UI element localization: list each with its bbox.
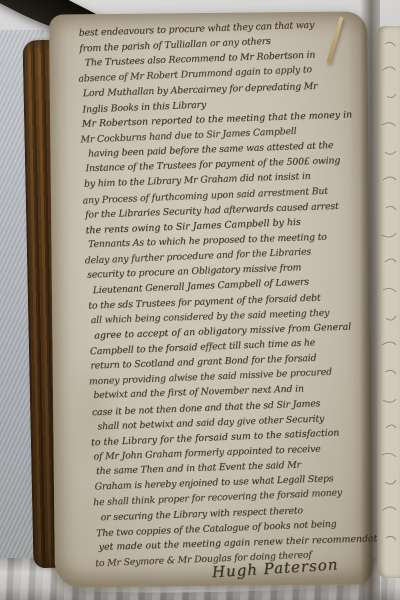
facing-page-edge [377,26,400,578]
manuscript-page: best endeavours to procure what they can… [49,11,373,587]
handwritten-text-block: best endeavours to procure what they can… [79,16,374,570]
illegible-writing-strokes [379,30,399,570]
manuscript-photograph: best endeavours to procure what they can… [0,0,400,600]
